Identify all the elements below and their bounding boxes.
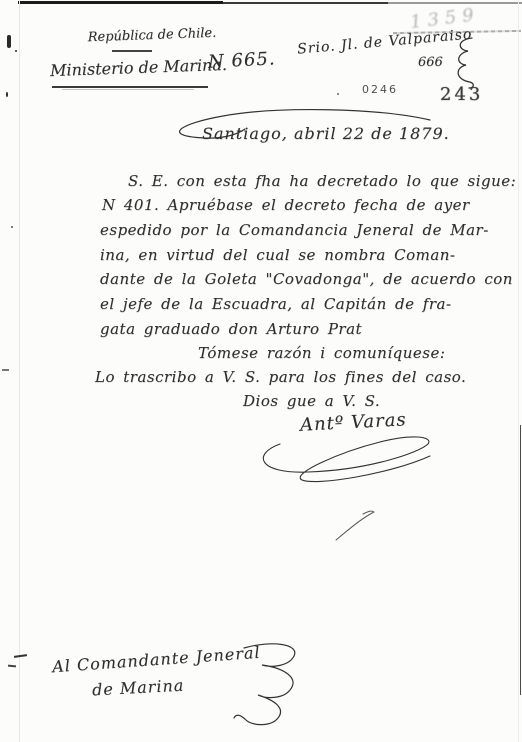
small-number-stamp: 0246 xyxy=(362,83,398,96)
scan-right-edge-line xyxy=(518,0,519,742)
squiggle-bracket-icon xyxy=(452,36,478,90)
addressee-bracket-flourish xyxy=(232,640,312,732)
ink-speck xyxy=(11,226,13,228)
margin-dash xyxy=(14,654,27,658)
annotation-number: 666 xyxy=(418,55,443,70)
body-line: gata graduado don Arturo Prat xyxy=(100,320,362,338)
scan-right-edge-line-dark xyxy=(520,425,521,695)
letterhead-rule-long-echo xyxy=(62,89,194,90)
body-line: S. E. con esta fha ha decretado lo que s… xyxy=(128,172,516,190)
page-number-stamp: 243 xyxy=(440,84,483,105)
scanned-document-page: República de Chile. Ministerio de Marina… xyxy=(0,0,522,742)
dateline: Santiago, abril 22 de 1879. xyxy=(202,124,450,143)
addressee-line1: Al Comandante Jeneral xyxy=(52,643,262,677)
body-line: Tómese razón i comuníquese: xyxy=(198,344,445,362)
stray-pen-stroke xyxy=(332,508,382,548)
scan-top-edge-line xyxy=(18,1,223,4)
signature-rubric-flourish xyxy=(250,430,440,488)
body-line: Lo trascribo a V. S. para los fines del … xyxy=(95,368,466,386)
body-line: espedido por la Comandancia Jeneral de M… xyxy=(100,221,489,239)
recipient-annotation: Srio. Jl. de Valparaiso xyxy=(297,26,473,57)
margin-dash xyxy=(8,665,16,668)
body-line: dante de la Goleta "Covadonga", de acuer… xyxy=(100,270,513,288)
letterhead-country: República de Chile. xyxy=(62,25,242,46)
ink-speck xyxy=(7,35,11,48)
ink-speck xyxy=(2,369,9,371)
scan-left-edge-line xyxy=(19,0,20,742)
letterhead-rule-long xyxy=(52,86,208,88)
body-line: N 401. Apruébase el decreto fecha de aye… xyxy=(102,196,470,214)
letterhead-rule-short xyxy=(112,50,152,52)
addressee-line2: de Marina xyxy=(92,676,185,700)
scan-top-edge-line xyxy=(223,2,388,4)
ink-speck xyxy=(6,92,8,97)
ink-speck xyxy=(337,93,339,95)
body-line: Dios gue a V. S. xyxy=(243,392,380,410)
ink-speck xyxy=(15,50,17,52)
scan-top-edge-line xyxy=(388,2,522,4)
body-line: el jefe de la Escuadra, al Capitán de fr… xyxy=(100,295,452,313)
body-line: ina, en virtud del cual se nombra Coman- xyxy=(100,246,456,264)
document-number: N 665. xyxy=(207,48,276,73)
